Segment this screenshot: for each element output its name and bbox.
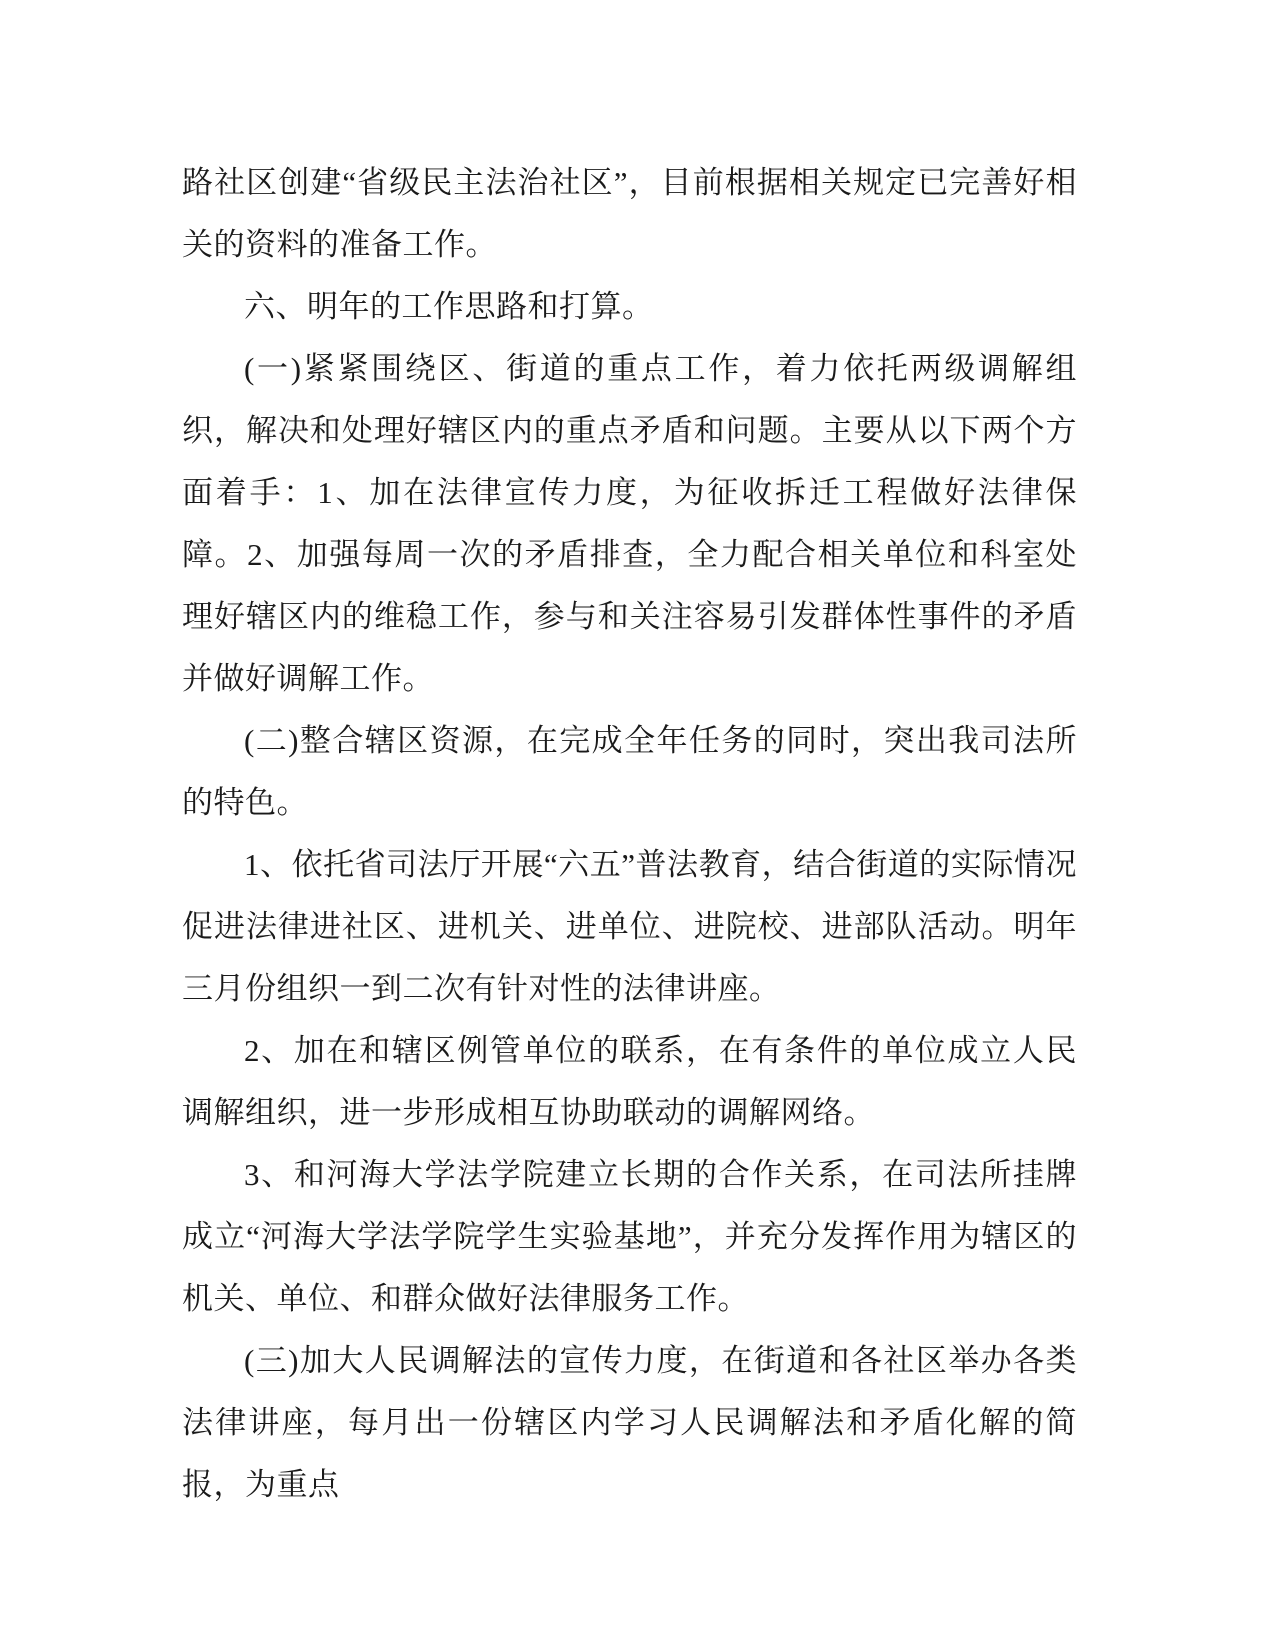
paragraph-continuation: 路社区创建“省级民主法治社区”，目前根据相关规定已完善好相关的资料的准备工作。 [182,152,1077,276]
document-page: 路社区创建“省级民主法治社区”，目前根据相关规定已完善好相关的资料的准备工作。 … [0,0,1275,1650]
paragraph-item-2-sub-1: 1、依托省司法厅开展“六五”普法教育，结合街道的实际情况促进法律进社区、进机关、… [182,834,1077,1020]
paragraph-section-heading: 六、明年的工作思路和打算。 [182,276,1077,338]
paragraph-item-2: (二)整合辖区资源，在完成全年任务的同时，突出我司法所的特色。 [182,710,1077,834]
document-body: 路社区创建“省级民主法治社区”，目前根据相关规定已完善好相关的资料的准备工作。 … [182,152,1077,1516]
paragraph-item-2-sub-2: 2、加在和辖区例管单位的联系，在有条件的单位成立人民调解组织，进一步形成相互协助… [182,1020,1077,1144]
paragraph-item-3: (三)加大人民调解法的宣传力度，在街道和各社区举办各类法律讲座，每月出一份辖区内… [182,1330,1077,1516]
paragraph-item-1: (一)紧紧围绕区、街道的重点工作，着力依托两级调解组织，解决和处理好辖区内的重点… [182,338,1077,710]
paragraph-item-2-sub-3: 3、和河海大学法学院建立长期的合作关系，在司法所挂牌成立“河海大学法学院学生实验… [182,1144,1077,1330]
